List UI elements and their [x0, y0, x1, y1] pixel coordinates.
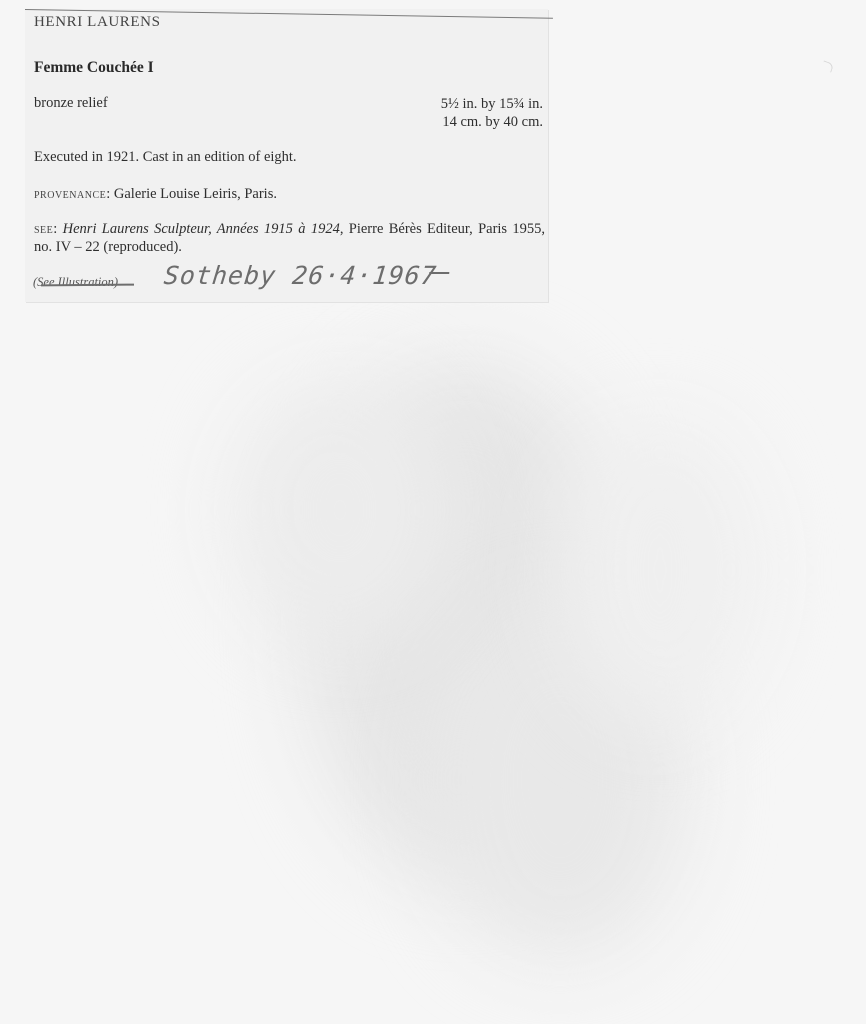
- provenance-label: PROVENANCE: [34, 186, 106, 202]
- artwork-medium: bronze relief: [34, 95, 108, 112]
- artist-name: HENRI LAURENS: [34, 14, 161, 31]
- paper-mark: [821, 60, 834, 72]
- reference-title: Henri Laurens Sculpteur, Années 1915 à 1…: [63, 221, 340, 237]
- dimensions-imperial: 5½ in. by 15¾ in.: [441, 95, 543, 113]
- artwork-title: Femme Couchée I: [34, 59, 154, 77]
- provenance: PROVENANCE: Galerie Louise Leiris, Paris…: [34, 186, 277, 203]
- scan-shadow: [300, 360, 630, 880]
- scan-shadow: [430, 600, 690, 960]
- see-separator: :: [53, 221, 62, 237]
- dimensions-metric: 14 cm. by 40 cm.: [441, 113, 543, 131]
- see-label: SEE: [34, 221, 53, 237]
- handwritten-annotation: Sotheby 26·4·1967: [162, 261, 450, 290]
- illustration-note: (See Illustration): [33, 275, 118, 290]
- scan-shadow: [230, 380, 450, 640]
- handwritten-text: Sotheby 26·4·1967: [162, 261, 438, 290]
- artwork-dimensions: 5½ in. by 15¾ in. 14 cm. by 40 cm.: [441, 95, 543, 131]
- literature-reference: SEE: Henri Laurens Sculpteur, Années 191…: [34, 220, 545, 256]
- scan-shadow: [560, 420, 760, 720]
- execution-note: Executed in 1921. Cast in an edition of …: [34, 149, 297, 166]
- struck-illustration-text: (See Illustration): [33, 275, 118, 290]
- handwriting-stroke: [429, 272, 449, 274]
- provenance-separator: :: [106, 186, 114, 202]
- provenance-text: Galerie Louise Leiris, Paris.: [114, 186, 277, 202]
- catalogue-clipping: HENRI LAURENS Femme Couchée I bronze rel…: [25, 9, 548, 302]
